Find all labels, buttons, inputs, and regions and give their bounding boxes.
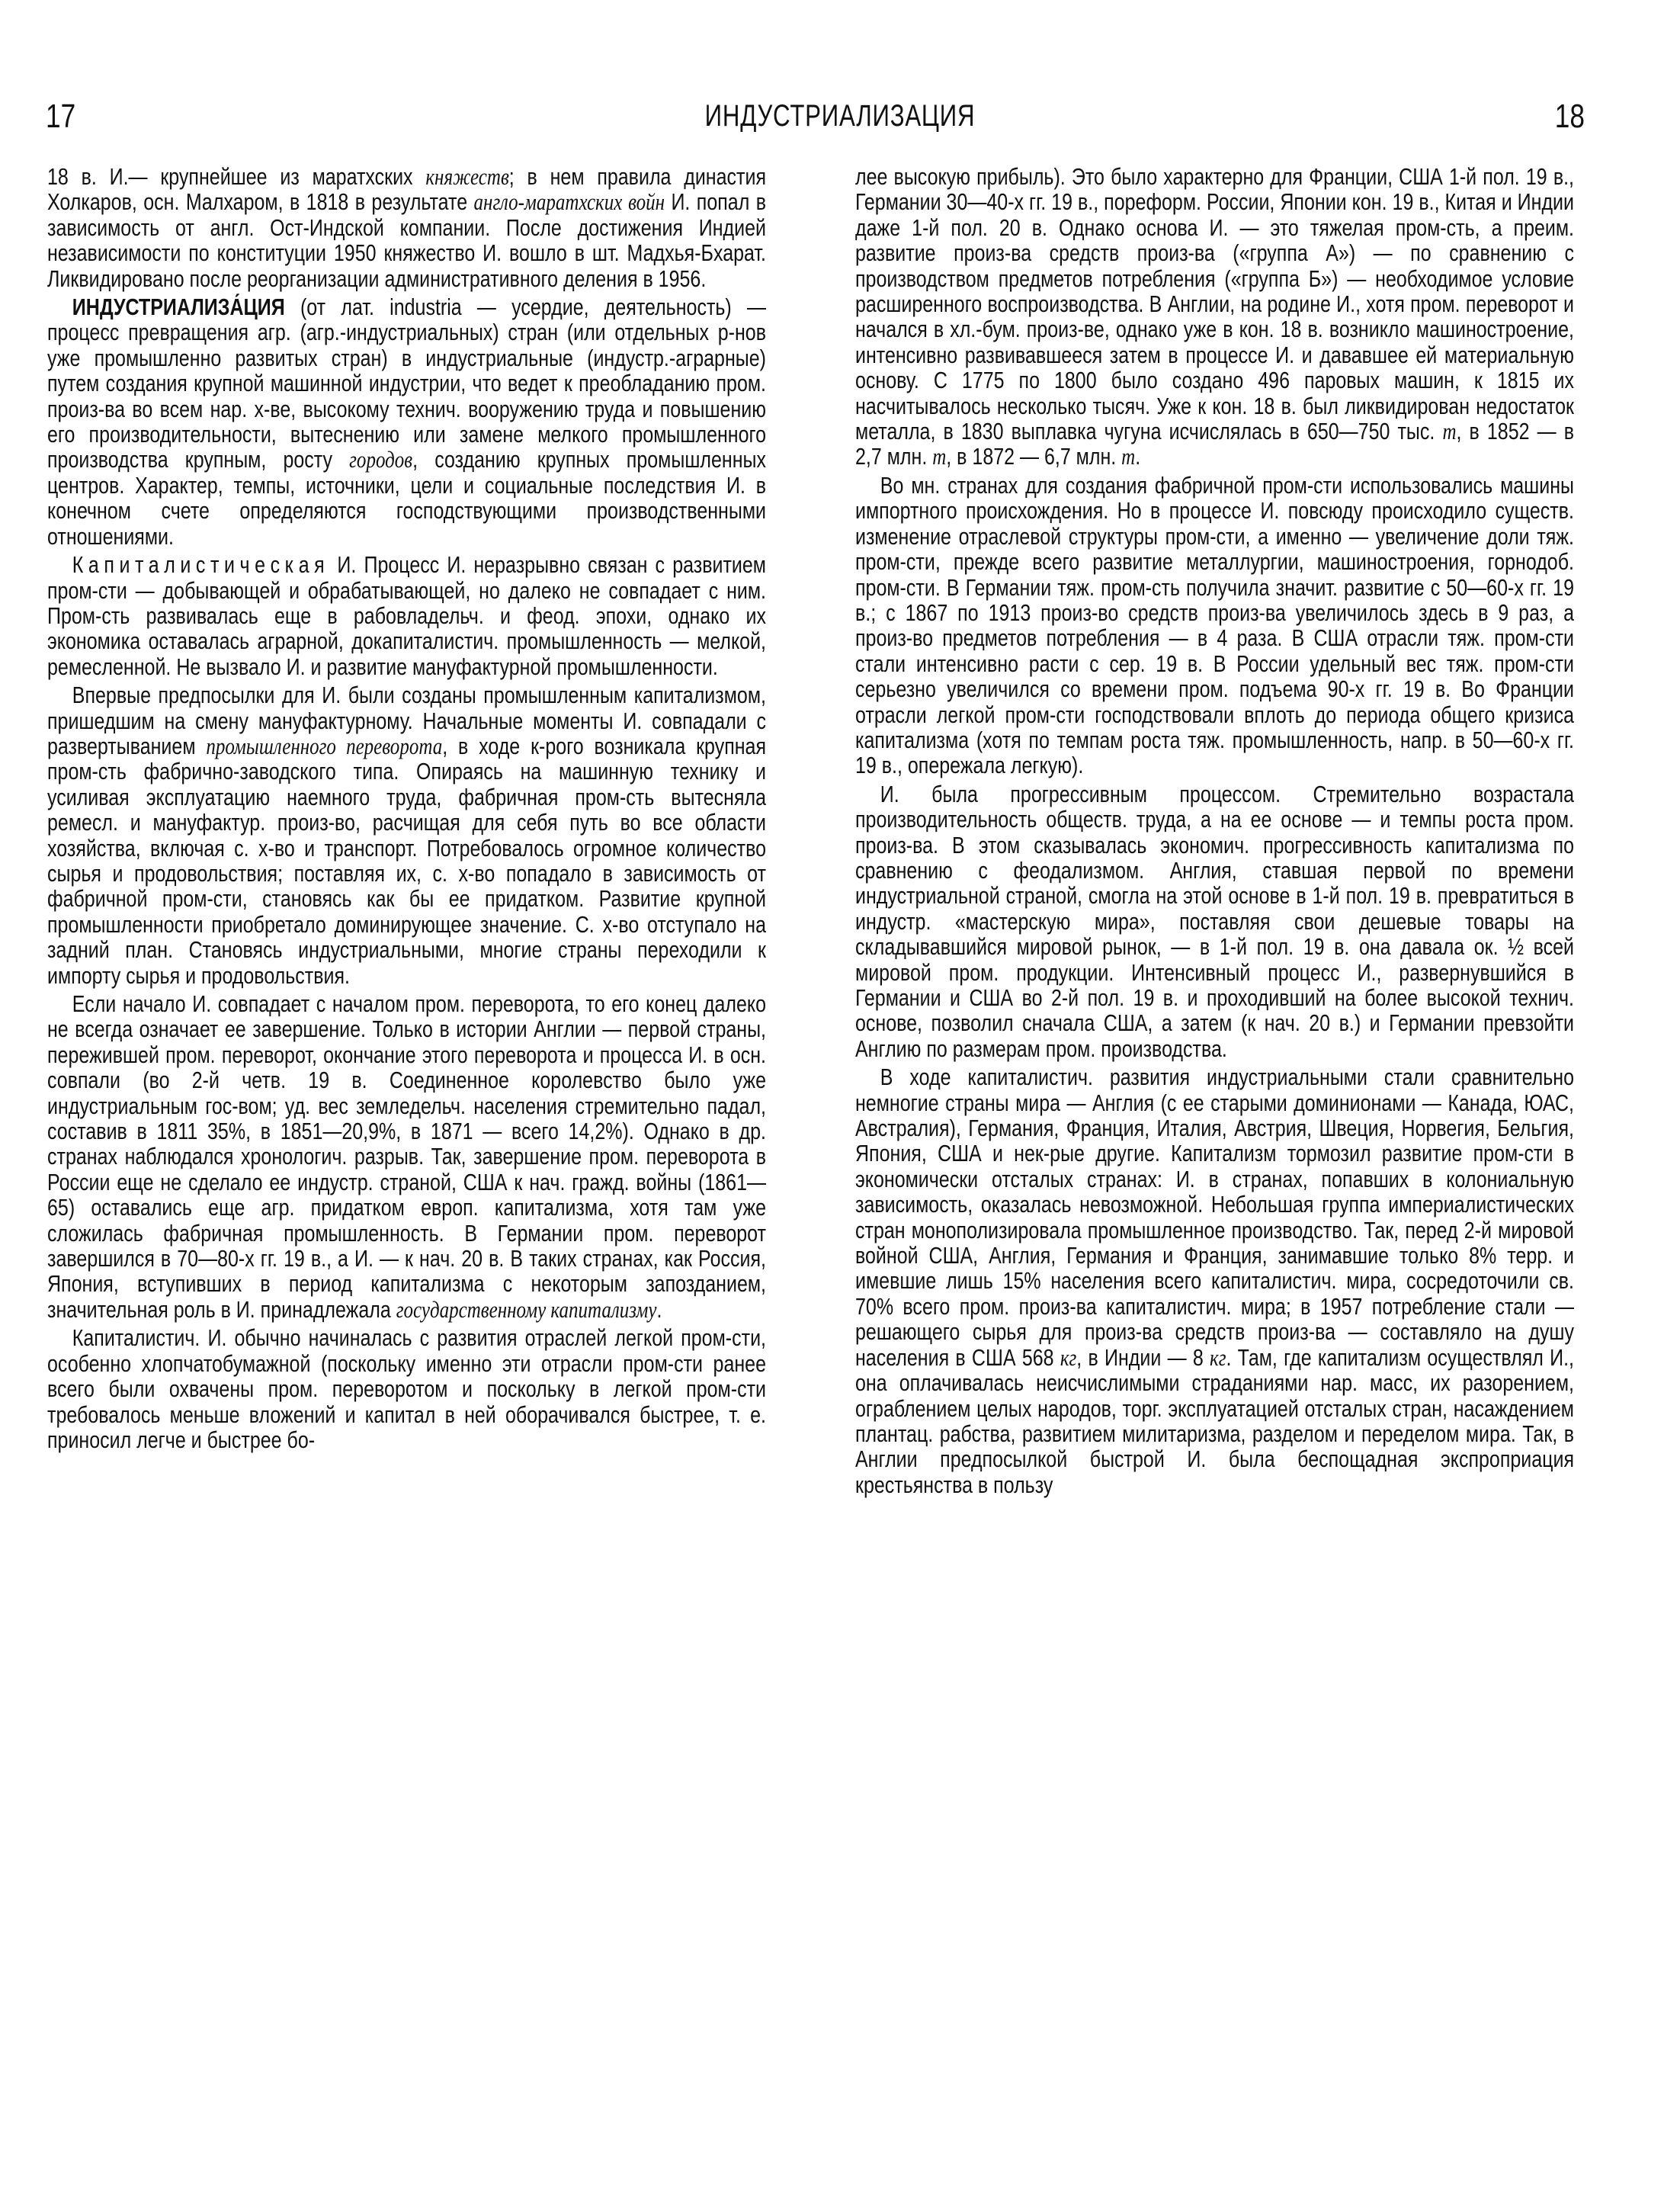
- running-head: ИНДУСТРИАЛИЗАЦИЯ: [184, 99, 1495, 133]
- text-run: (от лат. industria — усердие, деятельнос…: [47, 294, 766, 473]
- text-run: , в ходе к-рого возникала крупная пром-с…: [47, 733, 766, 989]
- cross-reference: княжеств: [425, 164, 508, 190]
- page-number-left: 17: [46, 98, 75, 136]
- text-run: В ходе капиталистич. развития индустриал…: [855, 1064, 1574, 1370]
- cross-reference: т: [1442, 419, 1456, 444]
- left-column: 18 в. И.— крупнейшее из маратхских княже…: [47, 165, 766, 1456]
- entry-industrialization: ИНДУСТРИАЛИЗА́ЦИЯ (от лат. industria — у…: [47, 295, 766, 550]
- entry-headword: ИНДУСТРИАЛИЗА́ЦИЯ: [72, 294, 285, 320]
- text-run: .: [657, 1297, 662, 1323]
- paragraph: И. была прогрессивным процессом. Стремит…: [855, 782, 1574, 1062]
- paragraph: Если начало И. совпадает с началом пром.…: [47, 992, 766, 1323]
- text-run: Капиталистич. И. обычно начиналась с раз…: [47, 1325, 766, 1453]
- text-run: , в 1872 — 6,7 млн.: [946, 444, 1121, 470]
- cross-reference: промышленного переворота: [206, 733, 442, 759]
- text-run: .: [1135, 444, 1140, 470]
- cross-reference: кг: [1060, 1345, 1076, 1371]
- paragraph: 18 в. И.— крупнейшее из маратхских княже…: [47, 165, 766, 292]
- paragraph: Впервые предпосылки для И. были созданы …: [47, 683, 766, 989]
- cross-reference: т: [1121, 444, 1135, 470]
- cross-reference: кг: [1210, 1345, 1226, 1371]
- page-number-right: 18: [1555, 98, 1585, 136]
- text-run: 18 в. И.— крупнейшее из маратхских: [47, 164, 425, 190]
- paragraph: В ходе капиталистич. развития индустриал…: [855, 1065, 1574, 1498]
- right-column: лее высокую прибыль). Это было характерн…: [855, 165, 1574, 1501]
- paragraph: Капиталистич. И. обычно начиналась с раз…: [47, 1326, 766, 1453]
- text-run: И. была прогрессивным процессом. Стремит…: [855, 781, 1574, 1062]
- text-run: Во мн. странах для создания фабричной пр…: [855, 473, 1574, 778]
- text-run: Если начало И. совпадает с началом пром.…: [47, 991, 766, 1323]
- paragraph: лее высокую прибыль). Это было характерн…: [855, 165, 1574, 470]
- paragraph: Капиталистическая И. Процесс И. неразрыв…: [47, 553, 766, 680]
- cross-reference: т: [932, 444, 946, 470]
- text-run: , в Индии — 8: [1076, 1345, 1210, 1371]
- text-run: лее высокую прибыль). Это было характерн…: [855, 164, 1574, 444]
- cross-reference: государственному капитализму: [396, 1297, 657, 1323]
- cross-reference: англо-маратхских войн: [474, 189, 665, 215]
- paragraph: Во мн. странах для создания фабричной пр…: [855, 473, 1574, 779]
- section-heading: Капиталистическая: [72, 552, 329, 578]
- page-header: 17 ИНДУСТРИАЛИЗАЦИЯ 18: [0, 98, 1680, 143]
- cross-reference: городов: [349, 447, 412, 473]
